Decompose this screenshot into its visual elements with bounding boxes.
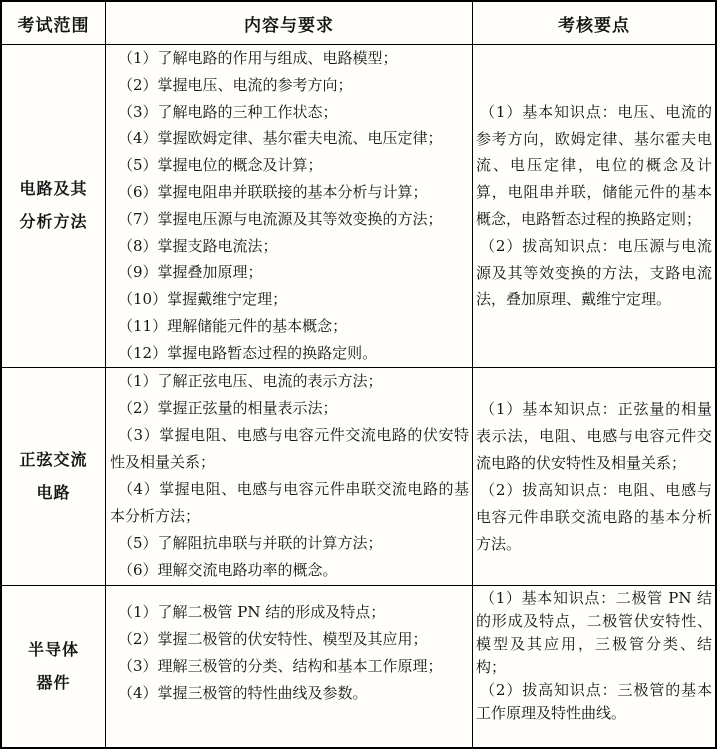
- content-item: （5）掌握电位的概念及计算；: [110, 152, 469, 179]
- scope-cell-sinusoidal-ac: 正弦交流 电路: [2, 368, 106, 586]
- scope-line: 正弦交流: [19, 444, 87, 477]
- points-item: （2）拔高知识点：三极管的基本工作原理及特性曲线。: [476, 679, 712, 725]
- content-item: （2）掌握二极管的伏安特性、模型及其应用；: [110, 626, 469, 653]
- content-item: （1）了解电路的作用与组成、电路模型；: [110, 45, 469, 72]
- content-item: （4）掌握电阻、电感与电容元件串联交流电路的基本分析方法；: [110, 476, 469, 530]
- content-item: （4）掌握三极管的特性曲线及参数。: [110, 680, 469, 707]
- content-item: （1）了解二极管 PN 结的形成及特点；: [110, 599, 469, 626]
- points-cell-semiconductor-devices: （1）基本知识点：二极管 PN 结的形成及特点，二极管伏安特性、模型及其应用，三…: [473, 586, 715, 747]
- content-item: （2）掌握正弦量的相量表示法；: [110, 395, 469, 422]
- scope-line: 器件: [36, 667, 70, 700]
- column-header-assessment-points: 考核要点: [473, 2, 715, 45]
- content-item: （3）掌握电阻、电感与电容元件交流电路的伏安特性及相量关系；: [110, 422, 469, 476]
- syllabus-table: 考试范围 内容与要求 考核要点 电路及其 分析方法 （1）了解电路的作用与组成、…: [0, 0, 717, 749]
- content-item: （3）理解三极管的分类、结构和基本工作原理；: [110, 653, 469, 680]
- content-item: （7）掌握电压源与电流源及其等效变换的方法；: [110, 206, 469, 233]
- column-header-content-requirements: 内容与要求: [106, 2, 473, 45]
- syllabus-table-page: 考试范围 内容与要求 考核要点 电路及其 分析方法 （1）了解电路的作用与组成、…: [0, 0, 717, 749]
- scope-line: 电路及其: [19, 173, 87, 206]
- scope-line: 半导体: [28, 634, 79, 667]
- content-item: （1）了解正弦电压、电流的表示方法；: [110, 368, 469, 395]
- content-item: （3）了解电路的三种工作状态；: [110, 99, 469, 126]
- content-item: （11）理解储能元件的基本概念；: [110, 313, 469, 340]
- scope-line: 分析方法: [19, 206, 87, 239]
- content-item: （12）掌握电路暂态过程的换路定则。: [110, 340, 469, 367]
- content-cell-circuit-analysis: （1）了解电路的作用与组成、电路模型； （2）掌握电压、电流的参考方向； （3）…: [106, 45, 473, 368]
- scope-line: 电路: [36, 477, 70, 510]
- content-item: （6）掌握电阻串并联联接的基本分析与计算；: [110, 179, 469, 206]
- points-cell-circuit-analysis: （1）基本知识点：电压、电流的参考方向，欧姆定律、基尔霍夫电流、电压定律，电位的…: [473, 45, 715, 368]
- content-cell-semiconductor-devices: （1）了解二极管 PN 结的形成及特点； （2）掌握二极管的伏安特性、模型及其应…: [106, 586, 473, 747]
- column-header-exam-scope: 考试范围: [2, 2, 106, 45]
- points-item: （2）拔高知识点：电阻、电感与电容元件串联交流电路的基本分析方法。: [476, 477, 712, 558]
- content-item: （5）了解阻抗串联与并联的计算方法；: [110, 530, 469, 557]
- points-item: （1）基本知识点：正弦量的相量表示法，电阻、电感与电容元件交流电路的伏安特性及相…: [476, 396, 712, 477]
- points-item: （1）基本知识点：二极管 PN 结的形成及特点，二极管伏安特性、模型及其应用，三…: [476, 587, 712, 679]
- content-item: （4）掌握欧姆定律、基尔霍夫电流、电压定律；: [110, 125, 469, 152]
- content-item: （10）掌握戴维宁定理；: [110, 286, 469, 313]
- scope-cell-circuit-analysis: 电路及其 分析方法: [2, 45, 106, 368]
- points-cell-sinusoidal-ac: （1）基本知识点：正弦量的相量表示法，电阻、电感与电容元件交流电路的伏安特性及相…: [473, 368, 715, 586]
- content-item: （8）掌握支路电流法；: [110, 233, 469, 260]
- content-item: （9）掌握叠加原理；: [110, 259, 469, 286]
- scope-cell-semiconductor-devices: 半导体 器件: [2, 586, 106, 747]
- points-item: （1）基本知识点：电压、电流的参考方向，欧姆定律、基尔霍夫电流、电压定律，电位的…: [476, 99, 712, 233]
- points-item: （2）拔高知识点：电压源与电流源及其等效变换的方法，支路电流法，叠加原理、戴维宁…: [476, 233, 712, 313]
- content-item: （6）理解交流电路功率的概念。: [110, 557, 469, 584]
- content-cell-sinusoidal-ac: （1）了解正弦电压、电流的表示方法； （2）掌握正弦量的相量表示法； （3）掌握…: [106, 368, 473, 586]
- content-item: （2）掌握电压、电流的参考方向；: [110, 72, 469, 99]
